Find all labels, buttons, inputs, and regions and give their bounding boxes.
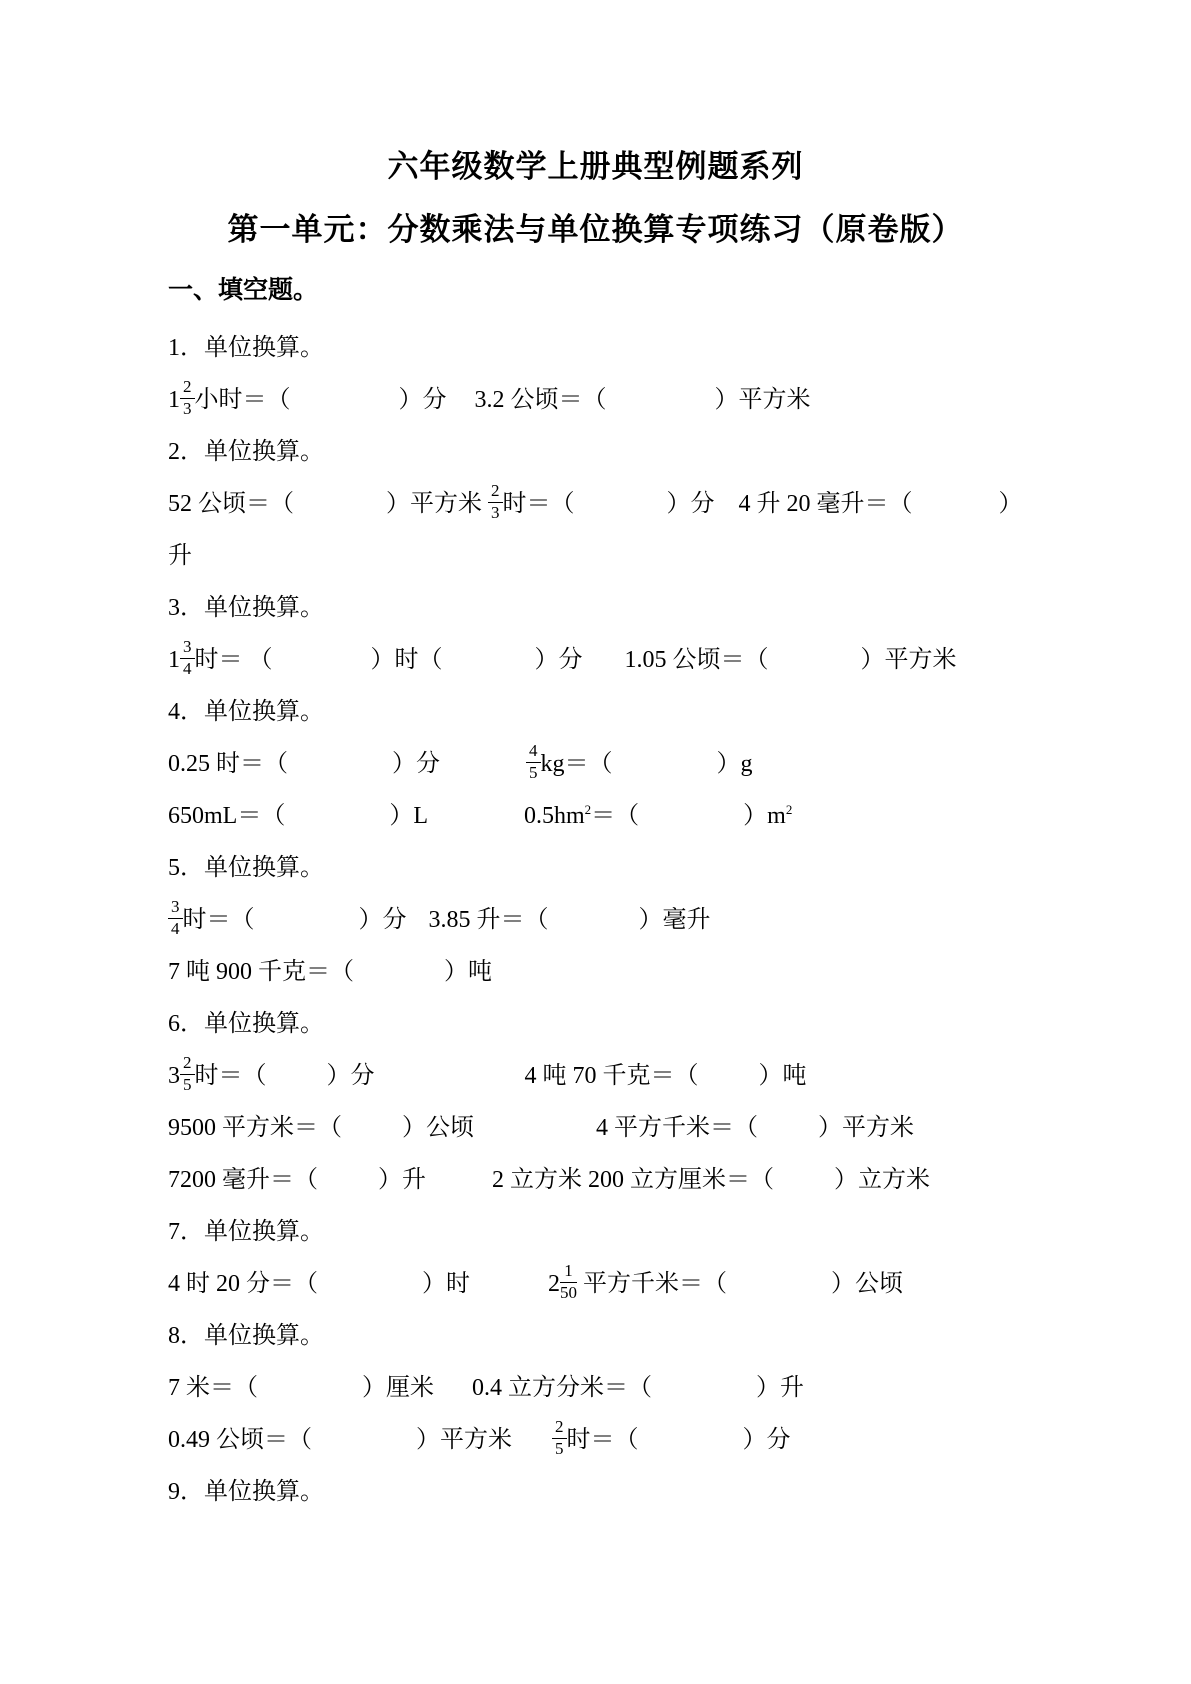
answer-blank [639, 822, 743, 823]
text-segment: 升 [168, 543, 192, 569]
answer-blank [288, 770, 392, 771]
text-segment: 3.85 升＝（ [429, 907, 549, 933]
text-segment: ）立方米 [834, 1167, 930, 1193]
problems: 1．单位换算。123小时＝（）分3.2 公顷＝（）平方米2．单位换算。52 公顷… [168, 322, 1111, 1518]
problem-line: 650mL＝（）L0.5hm2＝（）m2 [168, 790, 1111, 842]
text-segment: 4 时 20 分＝（ [168, 1271, 318, 1297]
text-segment: 9500 平方米＝（ [168, 1115, 342, 1141]
text-segment: ）g [717, 751, 753, 777]
fraction: 123 [168, 387, 195, 413]
answer-blank [607, 406, 715, 407]
answer-blank [273, 666, 371, 667]
answer-blank [769, 666, 861, 667]
fraction: 45 [526, 751, 541, 777]
fraction: 34 [168, 907, 183, 933]
answer-blank [699, 1082, 759, 1083]
answer-blank [774, 1186, 834, 1187]
fraction: 25 [552, 1427, 567, 1453]
answer-blank [440, 770, 526, 771]
text-segment: ）吨 [759, 1063, 807, 1089]
problem-line: 升 [168, 530, 1111, 582]
answer-blank [375, 1082, 525, 1083]
text-segment: 7200 毫升＝（ [168, 1167, 318, 1193]
answer-blank [575, 510, 667, 511]
problem-line: 0.49 公顷＝（）平方米25时＝（）分 [168, 1414, 1111, 1466]
text-segment: ）时 [422, 1271, 470, 1297]
answer-blank [312, 1446, 416, 1447]
worksheet-content: 一、填空题。 1．单位换算。123小时＝（）分3.2 公顷＝（）平方米2．单位换… [0, 274, 1191, 1518]
text-segment: 2 立方米 200 立方厘米＝（ [492, 1167, 774, 1193]
text-segment: 0.4 立方分米＝（ [472, 1375, 652, 1401]
text-segment: 时＝（ [567, 1427, 639, 1453]
text-segment: 4 升 20 毫升＝（ [739, 491, 913, 517]
whole-number: 3 [168, 1063, 180, 1089]
problem-4: 4．单位换算。0.25 时＝（）分45kg＝（）g650mL＝（）L0.5hm2… [168, 686, 1111, 842]
problem-line: 7 米＝（）厘米0.4 立方分米＝（）升 [168, 1362, 1111, 1414]
answer-blank [715, 510, 739, 511]
whole-number: 1 [168, 647, 180, 673]
problem-1: 1．单位换算。123小时＝（）分3.2 公顷＝（）平方米 [168, 322, 1111, 426]
text-segment: ）平方米 [861, 647, 957, 673]
text-segment: ）分 [359, 907, 407, 933]
text-segment: ）公顷 [402, 1115, 474, 1141]
fraction-denominator: 5 [526, 763, 541, 783]
stacked-fraction: 25 [552, 1418, 567, 1458]
text-segment: ）分 [327, 1063, 375, 1089]
fraction-denominator: 4 [168, 919, 183, 939]
whole-number: 1 [168, 387, 180, 413]
stacked-fraction: 23 [180, 378, 195, 418]
text-segment: kg＝（ [541, 751, 613, 777]
answer-blank [443, 666, 535, 667]
problem-6: 6．单位换算。325时＝（）分4 吨 70 千克＝（）吨9500 平方米＝（）公… [168, 998, 1111, 1206]
answer-blank [512, 1446, 552, 1447]
answer-blank [474, 1134, 596, 1135]
stacked-fraction: 25 [180, 1054, 195, 1094]
answer-blank [583, 666, 625, 667]
problem-2: 2．单位换算。52 公顷＝（）平方米 23时＝（）分4 升 20 毫升＝（）升 [168, 426, 1111, 582]
problem-label: 2．单位换算。 [168, 426, 1111, 478]
text-segment: 0.49 公顷＝（ [168, 1427, 312, 1453]
fraction-numerator: 2 [180, 378, 195, 399]
fraction: 23 [488, 491, 503, 517]
fraction-numerator: 2 [488, 482, 503, 503]
text-segment: 7 米＝（ [168, 1375, 258, 1401]
answer-blank [434, 1394, 472, 1395]
fraction-numerator: 2 [180, 1054, 195, 1075]
answer-blank [428, 822, 524, 823]
text-segment: 52 公顷＝（ [168, 491, 294, 517]
text-segment: 小时＝（ [195, 387, 291, 413]
answer-blank [342, 1134, 402, 1135]
text-segment: 时＝ （ [195, 647, 273, 673]
answer-blank [613, 770, 717, 771]
text-segment: ）吨 [444, 959, 492, 985]
text-segment: ）L [389, 803, 428, 829]
text-segment: ＝（ [591, 803, 639, 829]
answer-blank [285, 822, 389, 823]
problem-3: 3．单位换算。134时＝ （）时（）分1.05 公顷＝（）平方米 [168, 582, 1111, 686]
text-segment: ）公顷 [831, 1271, 903, 1297]
text-segment: ）分 [535, 647, 583, 673]
answer-blank [267, 1082, 327, 1083]
answer-blank [294, 510, 386, 511]
fraction-numerator: 3 [168, 898, 183, 919]
fraction: 2150 [548, 1271, 577, 1297]
text-segment: ）厘米 [362, 1375, 434, 1401]
answer-blank [639, 1446, 743, 1447]
text-segment: ）平方米 [416, 1427, 512, 1453]
fraction-denominator: 4 [180, 659, 195, 679]
text-segment: ）分 [743, 1427, 791, 1453]
superscript: 2 [786, 802, 793, 817]
answer-blank [470, 1290, 548, 1291]
doc-subtitle: 第一单元：分数乘法与单位换算专项练习（原卷版） [0, 210, 1191, 250]
doc-title: 六年级数学上册典型例题系列 [0, 148, 1191, 186]
section-heading: 一、填空题。 [168, 274, 1111, 306]
problem-line: 7 吨 900 千克＝（）吨 [168, 946, 1111, 998]
problem-9: 9．单位换算。 [168, 1466, 1111, 1518]
text-segment: ）m [743, 803, 786, 829]
text-segment: ）分 [399, 387, 447, 413]
fraction-numerator: 3 [180, 638, 195, 659]
problem-7: 7．单位换算。4 时 20 分＝（）时2150 平方千米＝（）公顷 [168, 1206, 1111, 1310]
problem-line: 52 公顷＝（）平方米 23时＝（）分4 升 20 毫升＝（） [168, 478, 1111, 530]
text-segment: ）毫升 [639, 907, 711, 933]
stacked-fraction: 45 [526, 742, 541, 782]
text-segment: ）平方米 [386, 491, 488, 517]
text-segment: 平方千米＝（ [577, 1271, 727, 1297]
text-segment: 7 吨 900 千克＝（ [168, 959, 354, 985]
answer-blank [758, 1134, 818, 1135]
fraction-numerator: 2 [552, 1418, 567, 1439]
answer-blank [407, 926, 429, 927]
stacked-fraction: 23 [488, 482, 503, 522]
text-segment: 时＝（ [503, 491, 575, 517]
problem-label: 3．单位换算。 [168, 582, 1111, 634]
problem-label: 8．单位换算。 [168, 1310, 1111, 1362]
answer-blank [447, 406, 475, 407]
answer-blank [426, 1186, 492, 1187]
text-segment: ） [999, 491, 1023, 517]
text-segment: 时＝（ [183, 907, 255, 933]
problem-label: 9．单位换算。 [168, 1466, 1111, 1518]
answer-blank [255, 926, 359, 927]
text-segment: ）分 [392, 751, 440, 777]
fraction-denominator: 5 [180, 1075, 195, 1095]
problem-line: 123小时＝（）分3.2 公顷＝（）平方米 [168, 374, 1111, 426]
text-segment: 4 平方千米＝（ [596, 1115, 758, 1141]
problem-label: 1．单位换算。 [168, 322, 1111, 374]
problem-5: 5．单位换算。34时＝（）分3.85 升＝（）毫升7 吨 900 千克＝（）吨 [168, 842, 1111, 998]
problem-line: 134时＝ （）时（）分1.05 公顷＝（）平方米 [168, 634, 1111, 686]
problem-line: 34时＝（）分3.85 升＝（）毫升 [168, 894, 1111, 946]
fraction-numerator: 4 [526, 742, 541, 763]
fraction-denominator: 3 [180, 399, 195, 419]
answer-blank [291, 406, 399, 407]
fraction-denominator: 50 [560, 1283, 577, 1303]
answer-blank [354, 978, 444, 979]
fraction: 134 [168, 647, 195, 673]
text-segment: ）分 [667, 491, 715, 517]
text-segment: ）升 [378, 1167, 426, 1193]
text-segment: ）平方米 [818, 1115, 914, 1141]
text-segment: 0.5hm [524, 803, 585, 829]
text-segment: 时＝（ [195, 1063, 267, 1089]
text-segment: 650mL＝（ [168, 803, 285, 829]
worksheet-page: 六年级数学上册典型例题系列 第一单元：分数乘法与单位换算专项练习（原卷版） 一、… [0, 0, 1191, 1684]
problem-8: 8．单位换算。7 米＝（）厘米0.4 立方分米＝（）升0.49 公顷＝（）平方米… [168, 1310, 1111, 1466]
fraction-denominator: 5 [552, 1439, 567, 1459]
text-segment: ）升 [756, 1375, 804, 1401]
problem-line: 4 时 20 分＝（）时2150 平方千米＝（）公顷 [168, 1258, 1111, 1310]
answer-blank [727, 1290, 831, 1291]
problem-line: 9500 平方米＝（）公顷4 平方千米＝（）平方米 [168, 1102, 1111, 1154]
text-segment: 4 吨 70 千克＝（ [525, 1063, 699, 1089]
stacked-fraction: 150 [560, 1262, 577, 1302]
answer-blank [913, 510, 999, 511]
problem-line: 7200 毫升＝（）升2 立方米 200 立方厘米＝（）立方米 [168, 1154, 1111, 1206]
text-segment: 1.05 公顷＝（ [625, 647, 769, 673]
stacked-fraction: 34 [180, 638, 195, 678]
text-segment: 0.25 时＝（ [168, 751, 288, 777]
problem-label: 5．单位换算。 [168, 842, 1111, 894]
problem-line: 0.25 时＝（）分45kg＝（）g [168, 738, 1111, 790]
stacked-fraction: 34 [168, 898, 183, 938]
fraction-numerator: 1 [560, 1262, 577, 1283]
text-segment: ）时（ [371, 647, 443, 673]
fraction: 325 [168, 1063, 195, 1089]
fraction-denominator: 3 [488, 503, 503, 523]
whole-number: 2 [548, 1271, 560, 1297]
problem-label: 7．单位换算。 [168, 1206, 1111, 1258]
answer-blank [318, 1186, 378, 1187]
text-segment: 3.2 公顷＝（ [475, 387, 607, 413]
answer-blank [549, 926, 639, 927]
problem-label: 6．单位换算。 [168, 998, 1111, 1050]
answer-blank [652, 1394, 756, 1395]
answer-blank [318, 1290, 422, 1291]
problem-label: 4．单位换算。 [168, 686, 1111, 738]
answer-blank [258, 1394, 362, 1395]
text-segment: ）平方米 [715, 387, 811, 413]
problem-line: 325时＝（）分4 吨 70 千克＝（）吨 [168, 1050, 1111, 1102]
